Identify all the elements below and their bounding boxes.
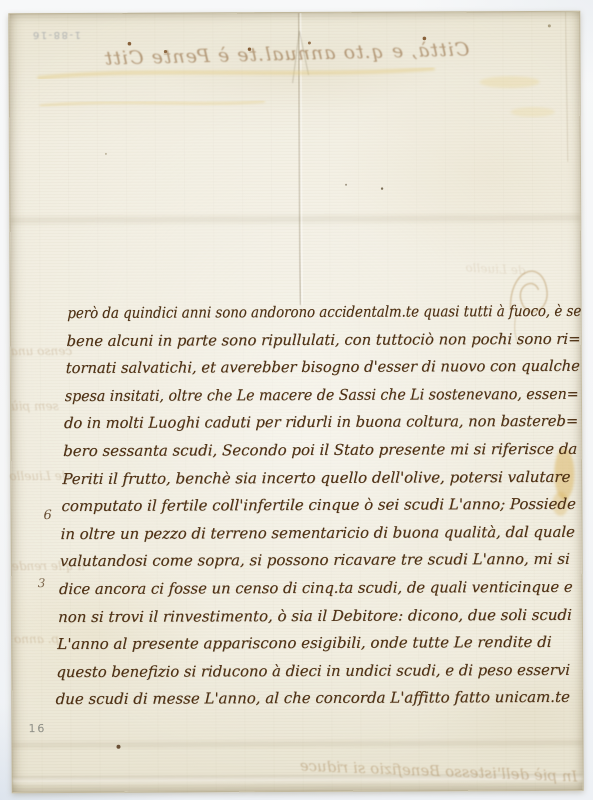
folio-number: 16 <box>28 722 46 735</box>
scan-background: Città, e q.to annual.te è Pente Città 1-… <box>0 0 593 800</box>
text-line: non si trovi il rinvestimento, ò sia il … <box>58 601 572 631</box>
margin-number-6: 6 <box>43 508 51 523</box>
text-line: però da quindici anni sono andorono acci… <box>67 298 524 328</box>
ghost-fragment: censo una <box>11 344 72 358</box>
text-line: spesa insitati, oltre che Le macere de S… <box>64 381 550 411</box>
text-line: due scudi di messe L'anno, al che concor… <box>55 684 569 714</box>
fold-crease-horizontal <box>12 738 582 750</box>
pencil-inscription: 1-88-16 <box>31 29 81 40</box>
fold-crease-horizontal <box>10 212 580 226</box>
ink-dot <box>116 745 120 749</box>
text-line: tornati salvatichi, et averebber bisogno… <box>65 353 569 383</box>
ghost-fragment: de Liuello <box>465 261 526 278</box>
manuscript-page: Città, e q.to annual.te è Pente Città 1-… <box>8 11 583 793</box>
text-line: dice ancora ci fosse un censo di cinq.ta… <box>59 574 566 604</box>
text-line: do in molti Luoghi caduti per ridurli in… <box>64 408 567 438</box>
text-line: in oltre un pezzo di terreno sementarici… <box>60 519 570 549</box>
letter-text-block: però da quindici anni sono andorono acci… <box>55 298 582 716</box>
ghost-fragment: sem più <box>11 399 59 413</box>
bleedthrough-verso-title-text: Città, e q.to annual.te è Pente Città <box>104 38 470 70</box>
margin-number-3: 3 <box>38 576 46 590</box>
text-line: Periti il frutto, benchè sia incerto que… <box>62 463 577 493</box>
bleedthrough-verso-title: Città, e q.to annual.te è Pente Città <box>104 24 470 88</box>
text-line: computato il fertile coll'infertile cinq… <box>61 491 575 521</box>
text-line: bero sessanta scudi, Secondo poi il Stat… <box>63 436 576 466</box>
text-line: valutandosi come sopra, si possono ricav… <box>59 546 574 576</box>
ghost-fragment: de Liuello <box>9 469 69 483</box>
text-line: questo benefizio si riducono à dieci in … <box>56 657 564 687</box>
ghost-fragment: p. anno <box>14 632 59 646</box>
text-line: bene alcuni in parte sono ripullulati, c… <box>66 325 573 355</box>
text-line: L'anno al presente appariscono esigibili… <box>57 629 572 659</box>
